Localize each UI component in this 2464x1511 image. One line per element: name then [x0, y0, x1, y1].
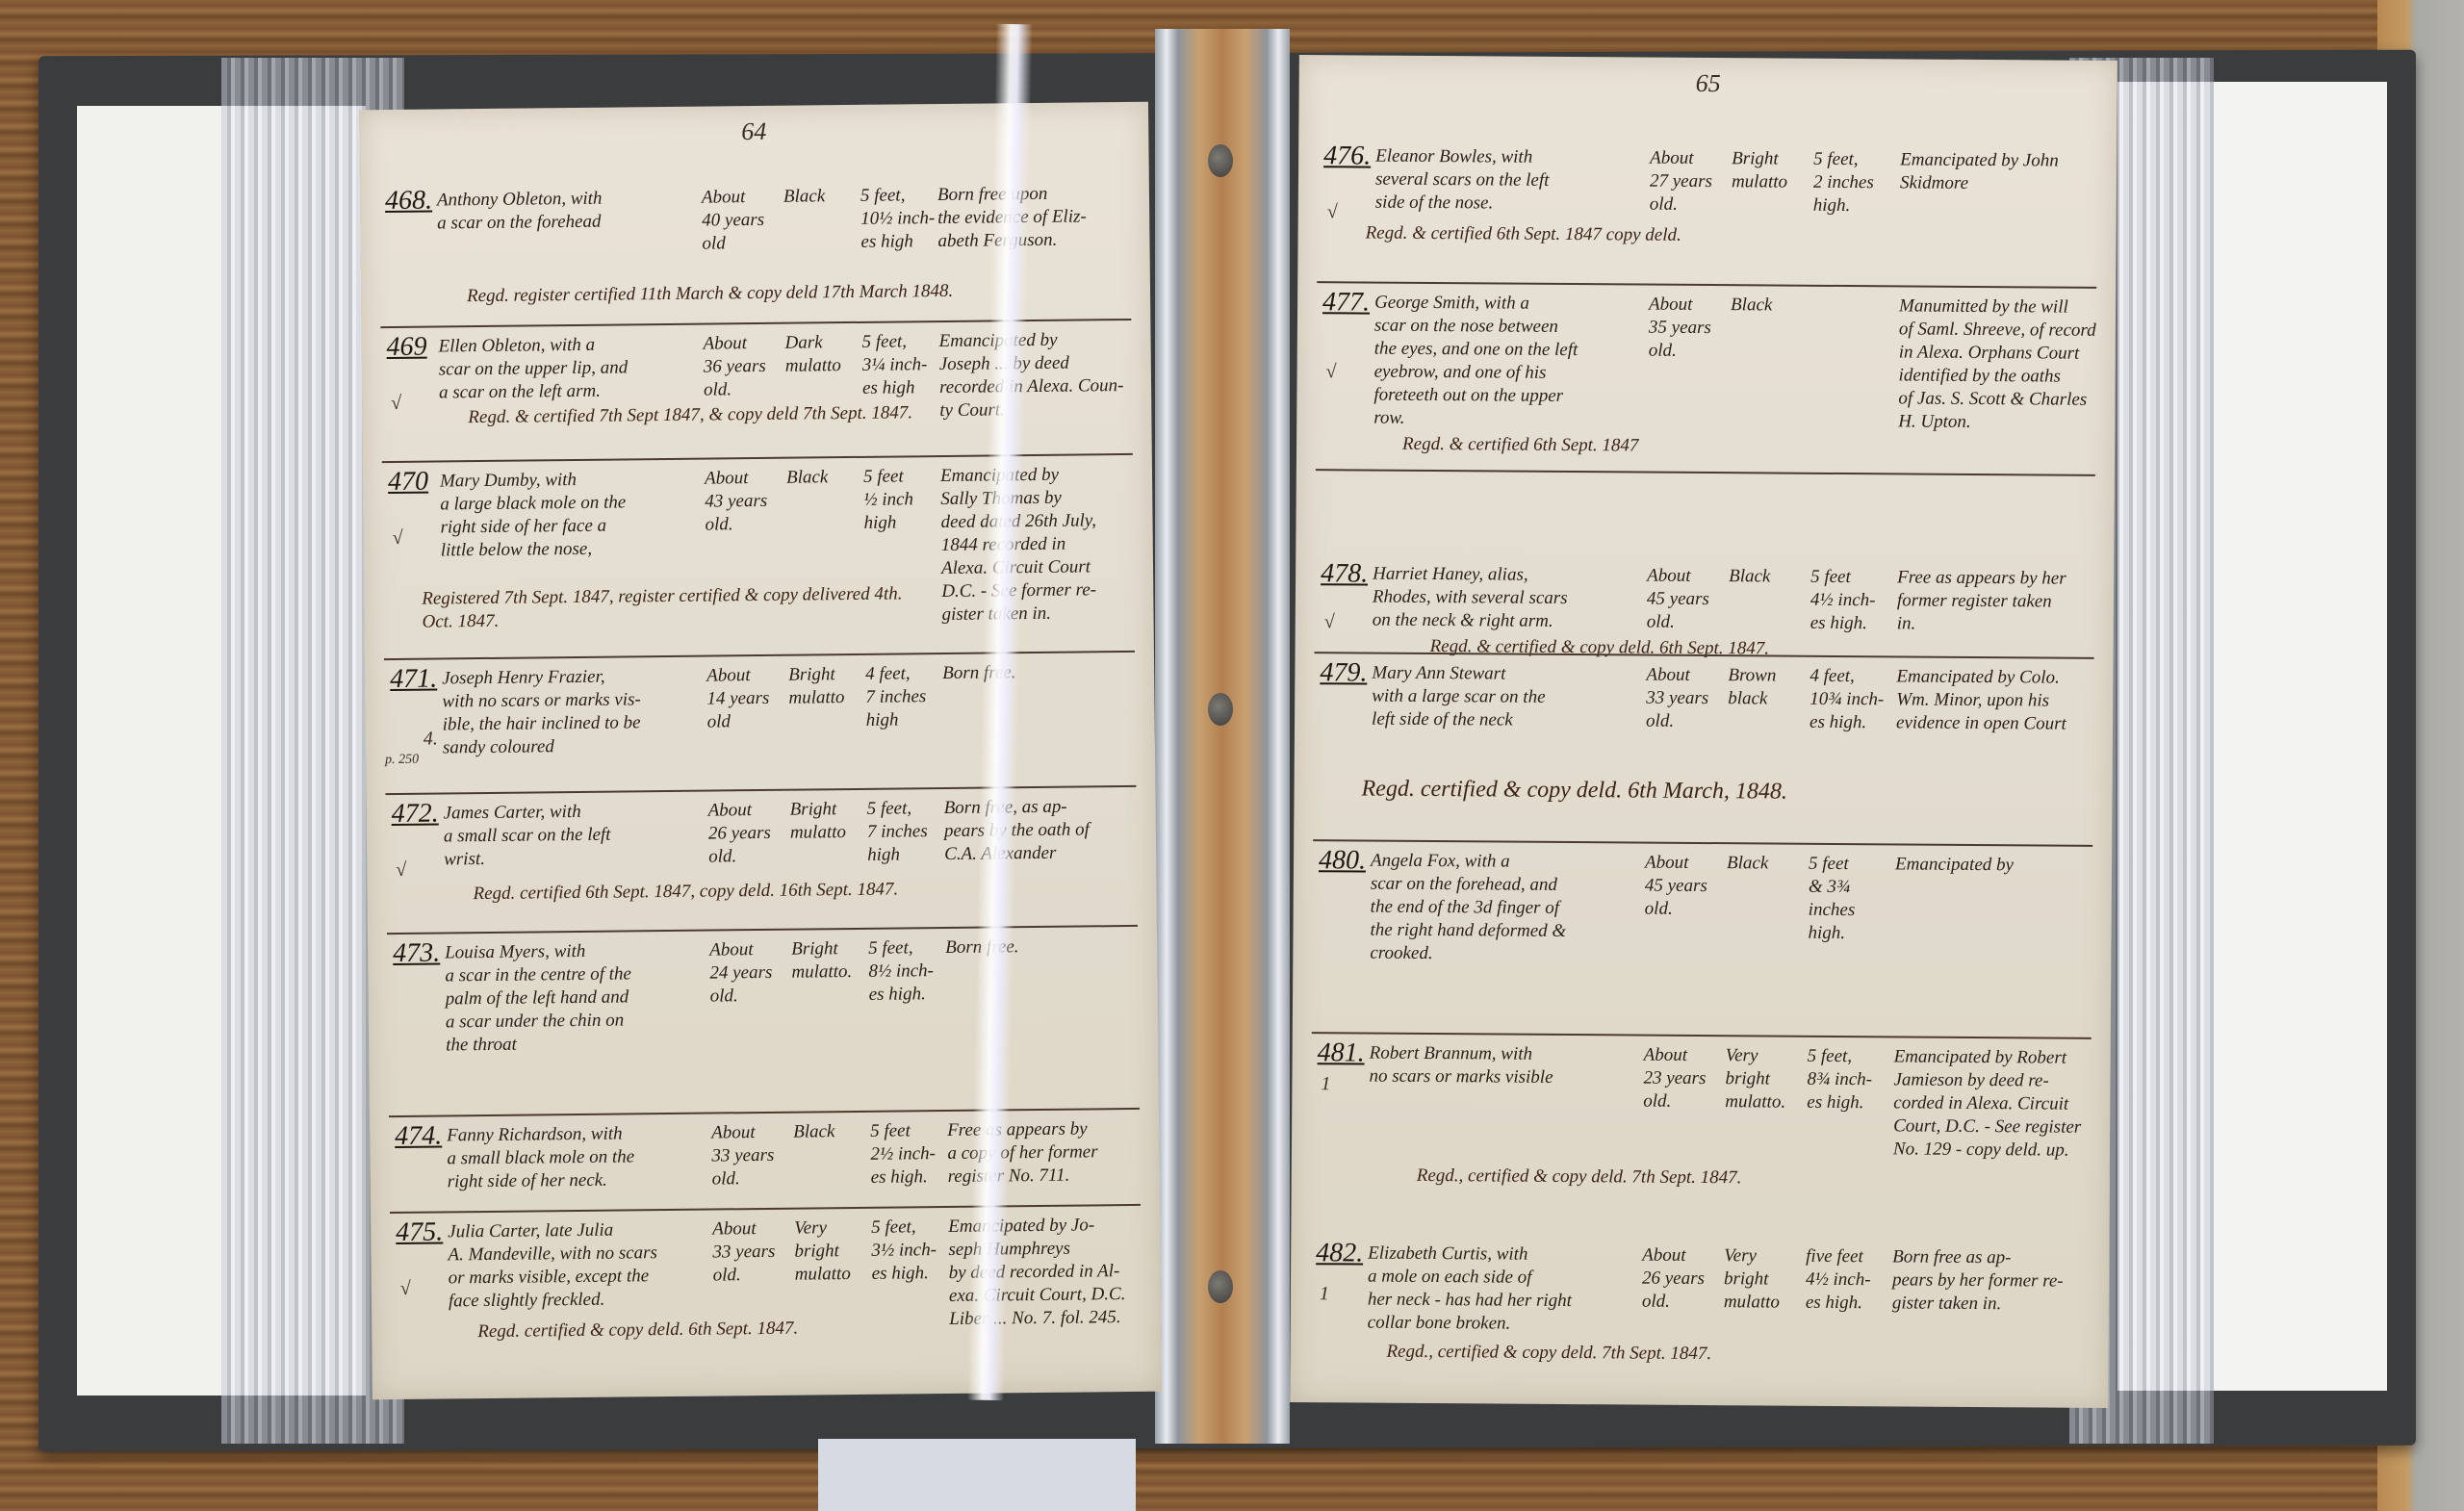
registration-note: Registered 7th Sept. 1847, register cert… — [422, 582, 922, 633]
register-entry: 475. √ Julia Carter, late Julia A. Mande… — [390, 1204, 1142, 1377]
entry-height: 4 feet, 10¾ inch- es high. — [1809, 665, 1892, 735]
entry-complexion: Very bright mulatto. — [1725, 1044, 1803, 1114]
entry-complexion: Bright mulatto — [1732, 147, 1809, 194]
registration-note: Regd. certified & copy deld. 6th Sept. 1… — [477, 1318, 798, 1344]
register-entry: 479. Mary Ann Stewart with a large scar … — [1313, 652, 2093, 842]
entry-number: 480. — [1319, 849, 1366, 872]
registration-note: Regd. & certified 6th Sept. 1847 — [1402, 433, 1639, 458]
register-entry: 480. Angela Fox, with a scar on the fore… — [1312, 839, 2092, 1039]
entry-description: Louisa Myers, with a scar in the centre … — [445, 939, 706, 1058]
entry-height: 5 feet, 8¾ inch- es high. — [1807, 1045, 1889, 1115]
check-mark: √ — [1324, 610, 1335, 633]
check-mark: 4. — [423, 728, 438, 751]
entry-status: Born free. — [945, 935, 1138, 960]
entry-height: 5 feet, 3¼ inch- es high — [861, 330, 939, 400]
entry-number: 479. — [1320, 661, 1367, 684]
check-mark: √ — [1326, 360, 1337, 383]
register-entry: 478. √ Harriet Haney, alias, Rhodes, wit… — [1315, 469, 2095, 664]
entry-status: Manumitted by the will of Saml. Shreeve,… — [1898, 295, 2101, 434]
entry-complexion: Very bright mulatto — [794, 1216, 872, 1287]
entry-complexion: Black — [783, 185, 860, 209]
entry-description: Harriet Haney, alias, Rhodes, with sever… — [1373, 563, 1642, 634]
register-entry: 481. 1 Robert Brannum, with no scars or … — [1310, 1032, 2091, 1222]
entry-number: 481. — [1318, 1041, 1365, 1064]
register-entry: 476. √ Eleanor Bowles, with several scar… — [1317, 137, 2097, 277]
entry-status: Born free upon the evidence of Eliz- abe… — [937, 182, 1131, 253]
entry-height: 4 feet, 7 inches high — [865, 662, 943, 732]
entry-height: 5 feet, 10½ inch- es high — [860, 184, 938, 254]
entry-complexion: Dark mulatto — [784, 331, 861, 378]
entry-status: Born free, as ap- pears by the oath of C… — [944, 795, 1138, 866]
check-mark: √ — [400, 1277, 411, 1300]
entry-age: About 24 years old. — [709, 938, 797, 1009]
entry-height: 5 feet, 8½ inch- es high. — [868, 936, 946, 1007]
binder-ring-icon — [1208, 144, 1233, 177]
registration-note: Regd. certified 6th Sept. 1847, copy del… — [473, 879, 898, 907]
entry-number: 471. — [390, 668, 437, 692]
entry-description: Robert Brannum, with no scars or marks v… — [1369, 1042, 1638, 1090]
register-entry: 473. Louisa Myers, with a scar in the ce… — [387, 925, 1140, 1117]
entry-height: 5 feet 4½ inch- es high. — [1810, 566, 1893, 636]
entry-status: Free as appears by her former register t… — [1897, 566, 2099, 636]
entry-age: About 14 years old — [706, 664, 794, 734]
page-number: 65 — [1299, 66, 2117, 101]
check-mark: √ — [396, 858, 406, 882]
entry-number: 477. — [1322, 291, 1370, 314]
entry-description: Mary Dumby, with a large black mole on t… — [440, 468, 701, 563]
entry-height: five feet 4½ inch- es high. — [1806, 1245, 1888, 1316]
entry-description: Fanny Richardson, with a small black mol… — [447, 1122, 707, 1194]
entry-age: About 35 years old. — [1649, 294, 1736, 364]
register-entry: 471. 4. p. 250 Joseph Henry Frazier, wit… — [384, 651, 1136, 785]
entry-description: Elizabeth Curtis, with a mole on each si… — [1368, 1242, 1638, 1337]
entry-status: Emancipated by Sally Thomas by deed date… — [940, 463, 1135, 627]
entry-complexion: Bright mulatto — [790, 798, 867, 845]
entry-description: Eleanor Bowles, with several scars on th… — [1375, 145, 1645, 217]
check-mark: √ — [1327, 200, 1338, 223]
register-page-left: 64 468. Anthony Obleton, with a scar on … — [359, 102, 1162, 1400]
entry-number: 468. — [385, 190, 432, 214]
entry-status: Emancipated by Joseph ... by deed record… — [938, 328, 1132, 423]
entry-number: 469 — [386, 336, 426, 359]
entry-complexion: Black — [793, 1120, 870, 1144]
registration-note: Regd. register certified 11th March & co… — [467, 280, 953, 308]
entry-status: Emancipated by Colo. Wm. Minor, upon his… — [1896, 665, 2098, 735]
entry-complexion: Bright mulatto — [788, 663, 865, 710]
entry-number: 470 — [388, 471, 428, 494]
entry-age: About 45 years old. — [1647, 565, 1734, 635]
entry-number: 476. — [1323, 144, 1371, 167]
check-mark: 1 — [1321, 1072, 1330, 1095]
entry-description: Anthony Obleton, with a scar on the fore… — [437, 187, 697, 236]
check-mark: √ — [391, 392, 401, 415]
entry-age: About 26 years old. — [708, 799, 796, 869]
entry-status: Emancipated by — [1895, 853, 2097, 877]
entry-height: 5 feet ½ inch high — [863, 465, 941, 535]
entry-description: Joseph Henry Frazier, with no scars or m… — [442, 665, 703, 760]
entry-number: 474. — [395, 1124, 442, 1148]
entry-height: 5 feet, 7 inches high — [867, 797, 945, 867]
entry-complexion: Brown black — [1728, 664, 1805, 711]
entry-status: Emancipated by Robert Jamieson by deed r… — [1893, 1045, 2096, 1162]
entry-age: About 27 years old. — [1650, 147, 1737, 218]
registration-note: Regd. & certified 6th Sept. 1847 copy de… — [1366, 222, 1681, 247]
registration-note: Regd., certified & copy deld. 7th Sept. … — [1386, 1341, 1711, 1366]
registration-note: Regd., certified & copy deld. 7th Sept. … — [1417, 1165, 1742, 1190]
entry-status: Born free. — [942, 660, 1135, 685]
register-entry: 482. 1 Elizabeth Curtis, with a mole on … — [1309, 1234, 2090, 1394]
entry-height: 5 feet 2½ inch- es high. — [870, 1119, 948, 1190]
entry-age: About 43 years old. — [705, 467, 792, 537]
entry-age: About 40 years old — [702, 186, 789, 256]
entry-number: 482. — [1316, 1242, 1363, 1265]
entry-description: Mary Ann Stewart with a large scar on th… — [1372, 662, 1641, 733]
entry-complexion: Bright mulatto. — [791, 937, 868, 985]
entry-description: Julia Carter, late Julia A. Mandeville, … — [448, 1218, 708, 1314]
entry-height: 5 feet & 3¾ inches high. — [1808, 853, 1890, 946]
entry-number: 475. — [396, 1220, 443, 1244]
check-mark: √ — [393, 526, 403, 550]
entry-height: 5 feet, 2 inches high. — [1813, 148, 1896, 218]
entry-age: About 26 years old. — [1642, 1244, 1730, 1315]
entry-number: 472. — [392, 803, 439, 827]
entry-age: About 23 years old. — [1643, 1044, 1731, 1114]
entry-age: About 33 years old. — [1646, 664, 1733, 734]
check-mark: 1 — [1320, 1282, 1329, 1305]
binder-ring-icon — [1208, 693, 1233, 726]
entry-complexion: Very bright mulatto — [1724, 1244, 1802, 1315]
entry-number: 478. — [1321, 562, 1368, 585]
entry-number: 473. — [393, 941, 440, 965]
entry-status: Emancipated by John Skidmore — [1900, 148, 2102, 195]
entry-age: About 33 years old. — [712, 1217, 800, 1288]
register-page-right: 65 476. √ Eleanor Bowles, with several s… — [1290, 55, 2117, 1408]
entry-description: Angela Fox, with a scar on the forehead,… — [1370, 850, 1640, 967]
entry-complexion: Black — [1727, 852, 1804, 876]
binder-ring-icon — [1208, 1270, 1233, 1303]
entry-complexion: Black — [1729, 565, 1806, 589]
margin-note: p. 250 — [385, 749, 419, 772]
register-entry: 472. √ James Carter, with a small scar o… — [385, 785, 1137, 930]
entry-age: About 33 years old. — [711, 1121, 799, 1191]
entry-status: Born free as ap- pears by her former re-… — [1892, 1245, 2094, 1316]
entry-age: About 45 years old. — [1645, 852, 1732, 922]
bottom-label-tab[interactable] — [818, 1439, 1136, 1511]
entry-description: Ellen Obleton, with a scar on the upper … — [438, 333, 699, 405]
entry-height: 5 feet, 3½ inch- es high. — [871, 1216, 949, 1286]
entry-description: George Smith, with a scar on the nose be… — [1373, 292, 1644, 432]
registration-note: Regd. & certified 7th Sept 1847, & copy … — [468, 401, 912, 429]
registration-note: Regd. certified & copy deld. 6th March, … — [1361, 778, 1787, 804]
entry-complexion: Black — [1731, 294, 1808, 318]
binder-spine-gutter — [1155, 29, 1290, 1444]
entry-age: About 36 years old. — [703, 332, 790, 402]
entry-description: James Carter, with a small scar on the l… — [444, 800, 705, 872]
entry-complexion: Black — [786, 466, 863, 490]
